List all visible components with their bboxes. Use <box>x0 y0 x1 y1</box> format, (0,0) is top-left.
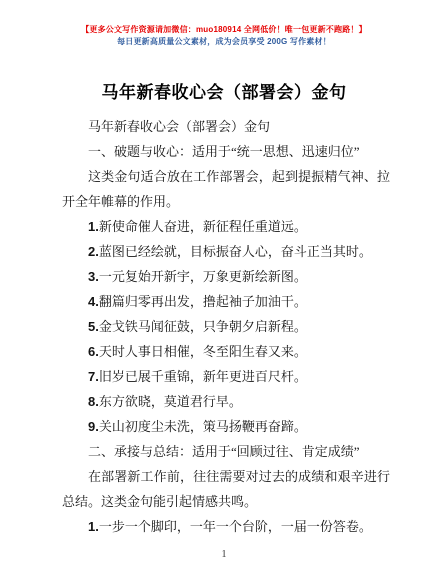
list-item: 1.新使命催人奋进，新征程任重道远。 <box>62 214 390 239</box>
list-text: 旧岁已展千重锦，新年更进百尺杆。 <box>99 369 307 384</box>
list-item: 2.蓝图已经绘就，目标振奋人心，奋斗正当其时。 <box>62 239 390 264</box>
document-body: 马年新春收心会（部署会）金句 一、破题与收心：适用于“统一思想、迅速归位” 这类… <box>62 114 390 539</box>
page-title: 马年新春收心会（部署会）金句 <box>0 78 448 103</box>
list-text: 一步一个脚印，一年一个台阶，一届一份答卷。 <box>99 519 372 534</box>
promo-banner-line2: 每日更新高质量公文素材，成为会员享受 200G 写作素材！ <box>0 36 448 48</box>
list-number: 6. <box>88 344 99 359</box>
list-number: 4. <box>88 294 99 309</box>
list-text: 新使命催人奋进，新征程任重道远。 <box>99 219 307 234</box>
list-number: 5. <box>88 319 99 334</box>
list-text: 蓝图已经绘就，目标振奋人心，奋斗正当其时。 <box>99 244 372 259</box>
list-text: 一元复始开新宇，万象更新绘新图。 <box>99 269 307 284</box>
intro-paragraph: 马年新春收心会（部署会）金句 <box>62 114 390 139</box>
section2-heading: 二、承接与总结：适用于“回顾过往、肯定成绩” <box>62 439 390 464</box>
list-number: 9. <box>88 419 99 434</box>
list-text: 金戈铁马闻征鼓，只争朝夕启新程。 <box>99 319 307 334</box>
page-number: 1 <box>0 549 448 560</box>
list-number: 7. <box>88 369 99 384</box>
list-item: 4.翻篇归零再出发，撸起袖子加油干。 <box>62 289 390 314</box>
list-item: 8.东方欲晓，莫道君行早。 <box>62 389 390 414</box>
list-number: 1. <box>88 219 99 234</box>
list-text: 关山初度尘未洗，策马扬鞭再奋蹄。 <box>99 419 307 434</box>
list-text: 天时人事日相催，冬至阳生春又来。 <box>99 344 307 359</box>
list-number: 8. <box>88 394 99 409</box>
list-item: 1.一步一个脚印，一年一个台阶，一届一份答卷。 <box>62 514 390 539</box>
section1-lead: 这类金句适合放在工作部署会，起到提振精气神、拉开全年帷幕的作用。 <box>62 164 390 214</box>
promo-banner-line1: 【更多公文写作资源请加微信：muo180914 全网低价！唯一包更新不跑路！】 <box>0 24 448 36</box>
list-number: 2. <box>88 244 99 259</box>
list-item: 6.天时人事日相催，冬至阳生春又来。 <box>62 339 390 364</box>
section1-heading: 一、破题与收心：适用于“统一思想、迅速归位” <box>62 139 390 164</box>
list-item: 3.一元复始开新宇，万象更新绘新图。 <box>62 264 390 289</box>
list-text: 翻篇归零再出发，撸起袖子加油干。 <box>99 294 307 309</box>
list-number: 3. <box>88 269 99 284</box>
list-item: 7.旧岁已展千重锦，新年更进百尺杆。 <box>62 364 390 389</box>
list-item: 9.关山初度尘未洗，策马扬鞭再奋蹄。 <box>62 414 390 439</box>
list-item: 5.金戈铁马闻征鼓，只争朝夕启新程。 <box>62 314 390 339</box>
promo-banner: 【更多公文写作资源请加微信：muo180914 全网低价！唯一包更新不跑路！】 … <box>0 0 448 48</box>
list-text: 东方欲晓，莫道君行早。 <box>99 394 242 409</box>
list-number: 1. <box>88 519 99 534</box>
document-page: 【更多公文写作资源请加微信：muo180914 全网低价！唯一包更新不跑路！】 … <box>0 0 448 580</box>
section2-lead: 在部署新工作前，往往需要对过去的成绩和艰辛进行总结。这类金句能引起情感共鸣。 <box>62 464 390 514</box>
